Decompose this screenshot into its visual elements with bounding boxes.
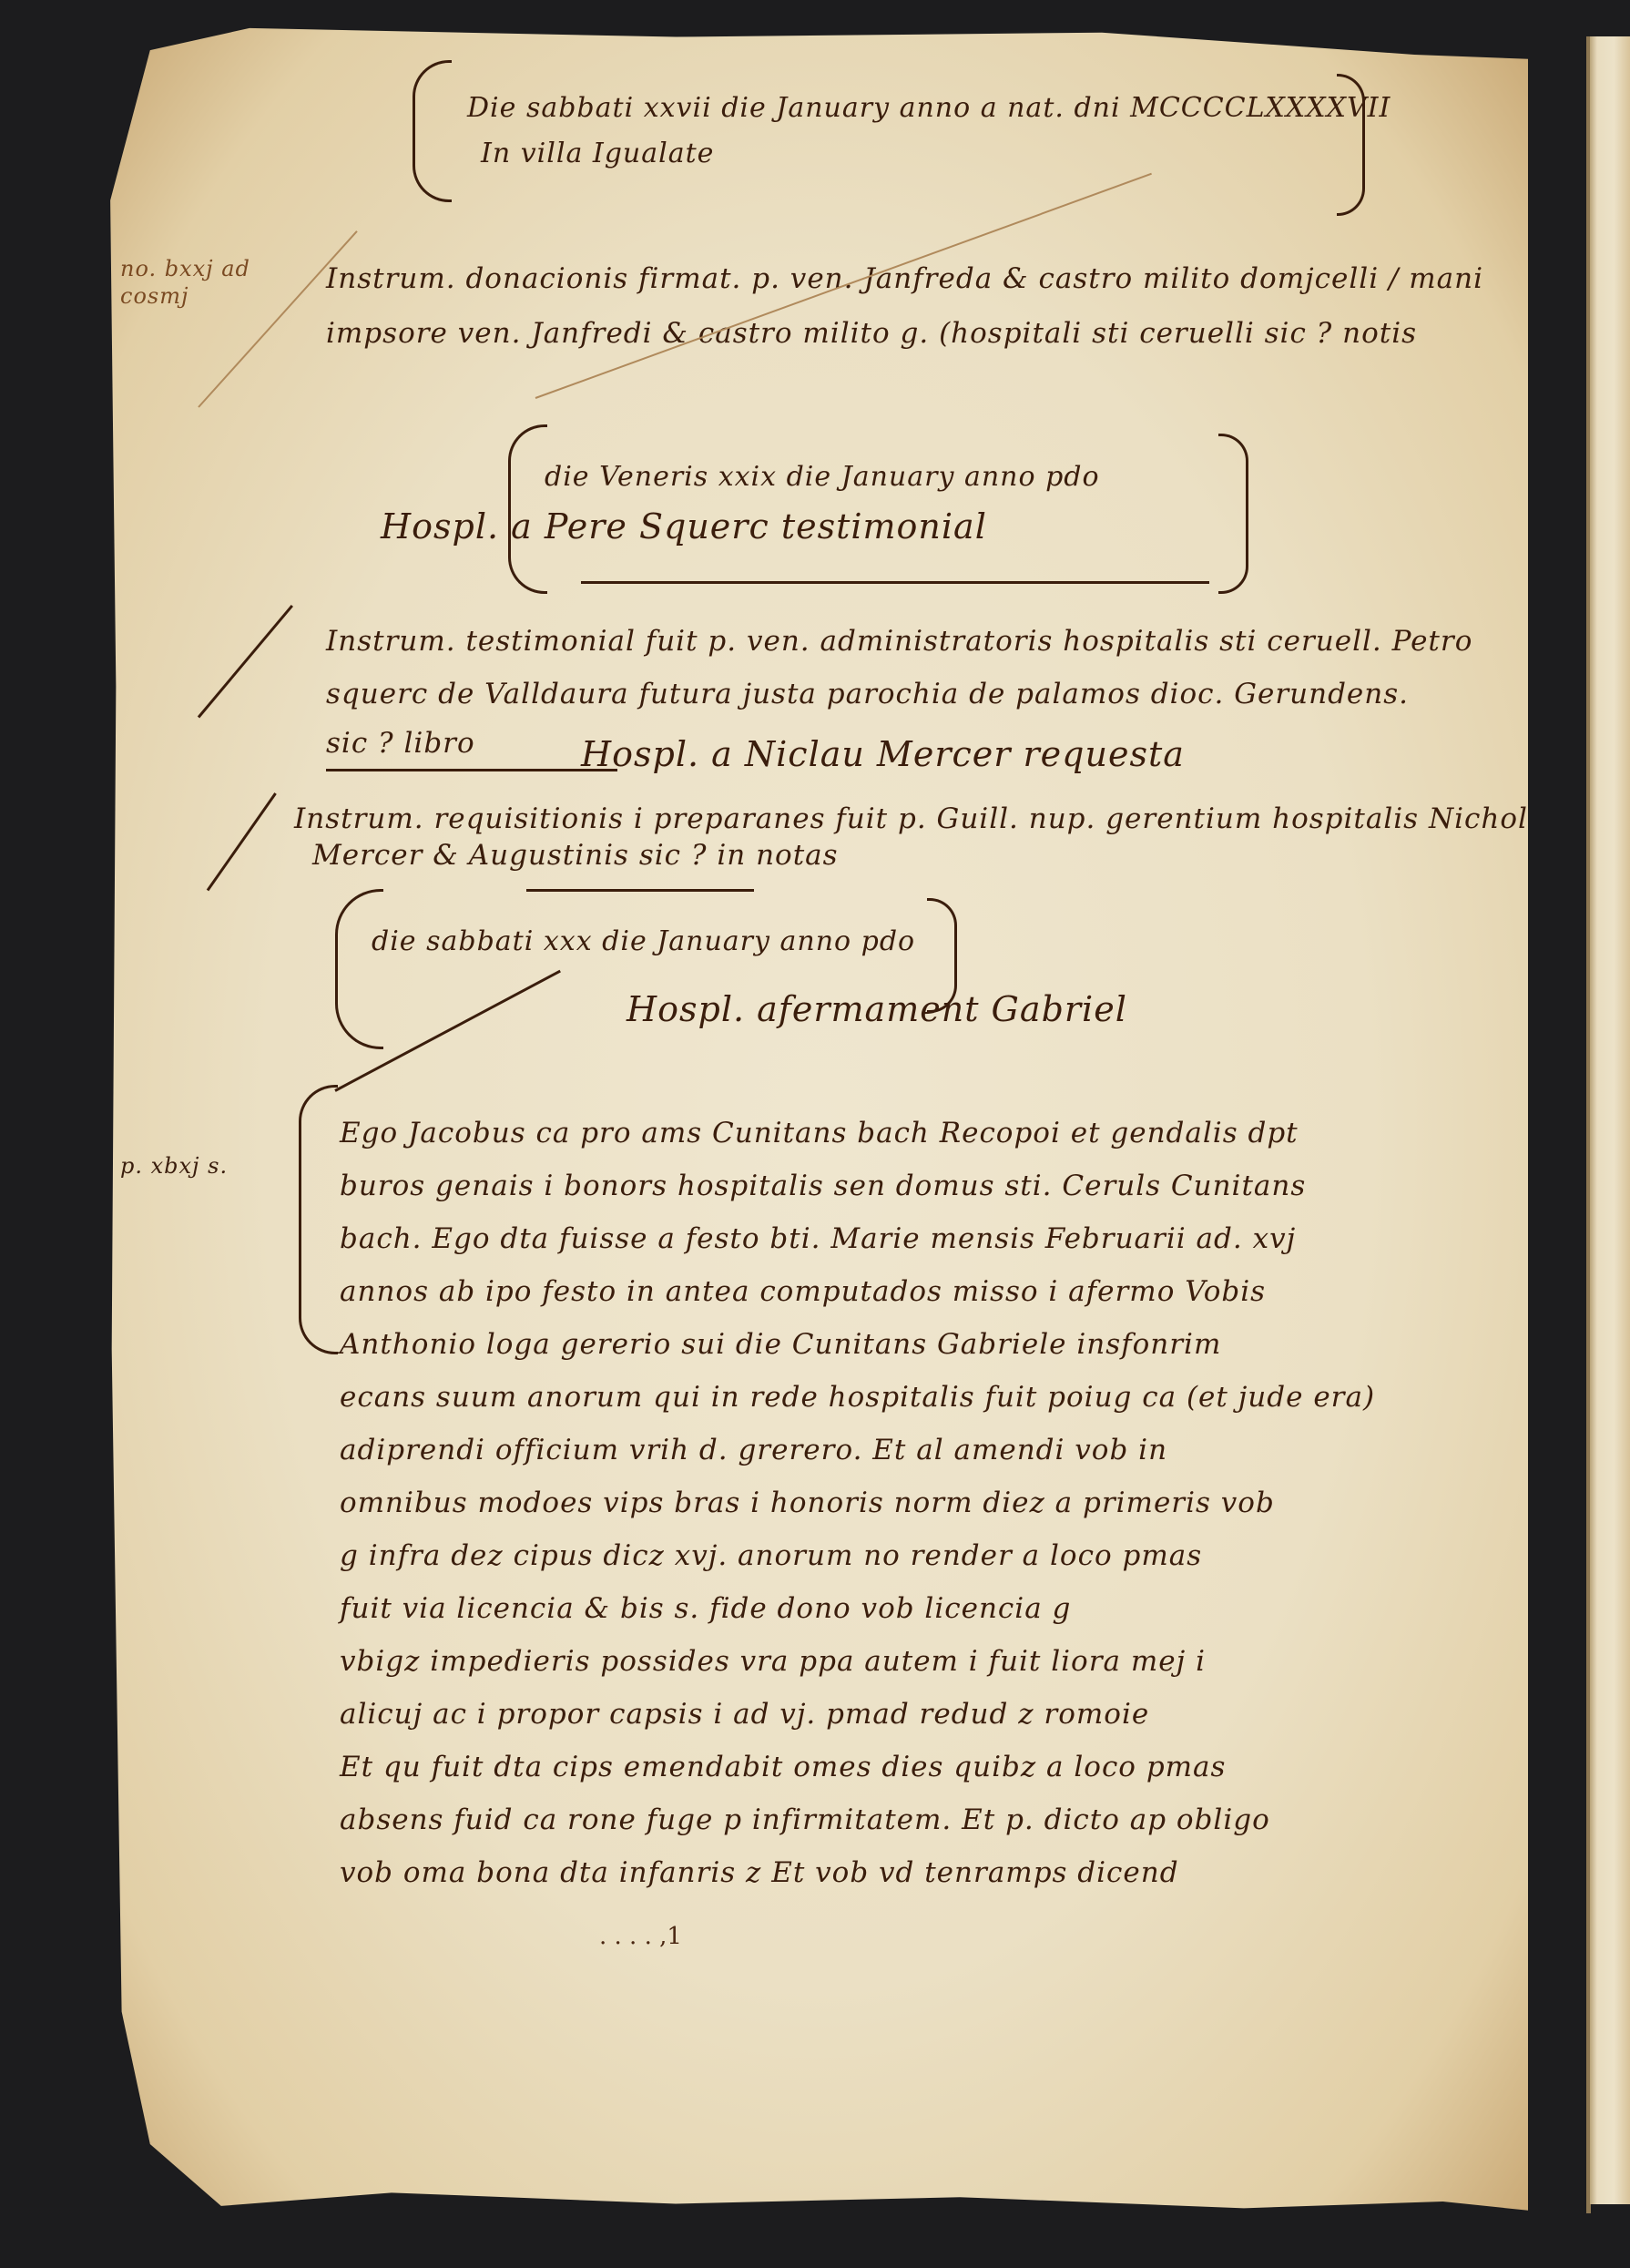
entry-2-underline <box>326 769 617 771</box>
entry-2-line-3: sic ? libro <box>326 727 475 760</box>
entry-4-left-bracket <box>299 1085 338 1354</box>
entry-3-underline <box>526 889 754 892</box>
entry-1-margin-note-1: no. bxxj ad <box>120 256 250 281</box>
deed-line-14: absens fuid ca rone fuge p infirmitatem.… <box>340 1803 1270 1836</box>
deed-line-2: buros genais i bonors hospitalis sen dom… <box>340 1170 1306 1202</box>
entry-2-line-2: squerc de Valldaura futura justa parochi… <box>326 678 1409 710</box>
heading-2-right-brace <box>1218 434 1248 594</box>
deed-line-13: Et qu fuit dta cips emendabit omes dies … <box>340 1751 1226 1783</box>
deed-line-4: annos ab ipo festo in antea computados m… <box>340 1275 1266 1308</box>
entry-1-line-2: impsore ven. Janfredi & castro milito g.… <box>326 317 1417 350</box>
entry-1-line-1: Instrum. donacionis firmat. p. ven. Janf… <box>326 262 1483 295</box>
deed-line-12: alicuj ac i propor capsis i ad vj. pmad … <box>340 1698 1149 1731</box>
deed-line-1: Ego Jacobus ca pro ams Cunitans bach Rec… <box>340 1117 1299 1149</box>
deed-line-10: fuit via licencia & bis s. fide dono vob… <box>340 1592 1071 1625</box>
heading-1-line-1: Die sabbati xxvii die January anno a nat… <box>467 92 1391 124</box>
deed-line-3: bach. Ego dta fuisse a festo bti. Marie … <box>340 1222 1296 1255</box>
entry-3-line-1: Instrum. requisitionis i preparanes fuit… <box>294 802 1564 835</box>
entry-2-line-1: Instrum. testimonial fuit p. ven. admini… <box>326 625 1472 658</box>
entry-1-margin-note-2: cosmj <box>120 283 188 309</box>
manuscript-leaf: Die sabbati xxvii die January anno a nat… <box>107 24 1528 2232</box>
deed-line-6: ecans suum anorum qui in rede hospitalis… <box>340 1381 1375 1414</box>
deed-line-9: g infra dez cipus dicz xvj. anorum no re… <box>340 1539 1202 1572</box>
adjacent-page-edge <box>1590 36 1630 2204</box>
entry-3-margin-mark <box>207 792 277 891</box>
entry-2-title: Hospl. a Niclau Mercer requesta <box>581 734 1185 774</box>
entry-2-margin-mark <box>198 605 293 718</box>
heading-3-left-bracket <box>335 889 383 1049</box>
heading-1-right-brace <box>1337 74 1365 216</box>
entry-3-line-2: Mercer & Augustinis sic ? in notas <box>312 839 839 872</box>
deed-line-7: adiprendi officium vrih d. grerero. Et a… <box>340 1434 1167 1466</box>
deed-line-5: Anthonio loga gererio sui die Cunitans G… <box>340 1328 1221 1361</box>
deed-line-11: vbigz impedieris possides vra ppa autem … <box>340 1645 1206 1678</box>
heading-3-title: Hospl. afermament Gabriel <box>627 989 1127 1029</box>
heading-3-line-1: die sabbati xxx die January anno pdo <box>372 925 915 957</box>
footer-marks: . . . . ,1 <box>599 1923 682 1950</box>
entry-4-margin-note: p. xbxj s. <box>120 1153 228 1179</box>
heading-2-title: Hospl. a Pere Squerc testimonial <box>381 506 987 547</box>
heading-2-underline <box>581 581 1209 584</box>
heading-2-line-1: die Veneris xxix die January anno pdo <box>545 461 1100 493</box>
heading-1-line-2: In villa Igualate <box>481 138 714 169</box>
deed-line-8: omnibus modoes vips bras i honoris norm … <box>340 1486 1275 1519</box>
heading-1-left-bracket <box>413 60 452 202</box>
deed-line-15: vob oma bona dta infanris z Et vob vd te… <box>340 1856 1179 1889</box>
